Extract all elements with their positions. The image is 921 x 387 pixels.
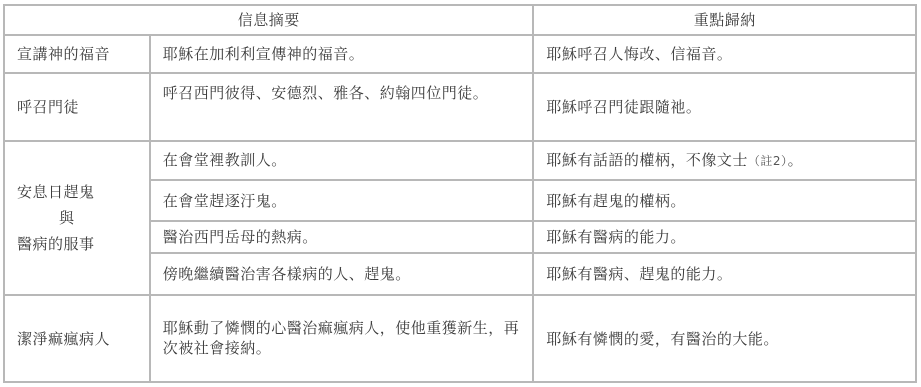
summary-cell: 耶穌在加利利宣傳神的福音。 [150,35,534,74]
table-row: 宣講神的福音 耶穌在加利利宣傳神的福音。 耶穌呼召人悔改、信福音。 [4,35,916,74]
summary-cell: 醫治西門岳母的熱病。 [150,221,534,253]
summary-table: 信息摘要 重點歸納 宣講神的福音 耶穌在加利利宣傳神的福音。 耶穌呼召人悔改、信… [3,4,917,383]
summary-cell: 傍晚繼續醫治害各樣病的人、趕鬼。 [150,253,534,296]
summary-cell: 呼召西門彼得、安德烈、雅各、約翰四位門徒。 [150,73,534,140]
topic-cell-multiline: 安息日趕鬼 與 醫病的服事 [4,141,150,296]
key-point-cell: 耶穌呼召人悔改、信福音。 [533,35,916,74]
table-row: 潔淨痲瘋病人 耶穌動了憐憫的心醫治痲瘋病人，使他重獲新生，再次被社會接納。 耶穌… [4,295,916,382]
topic-cell: 呼召門徒 [4,73,150,140]
footnote-ref: （註2） [748,154,788,168]
table-row: 安息日趕鬼 與 醫病的服事 在會堂裡教訓人。 耶穌有話語的權柄，不像文士（註2）… [4,141,916,181]
key-point-end: 。 [788,151,804,169]
key-point-cell: 耶穌有憐憫的愛，有醫治的大能。 [533,295,916,382]
topic-line: 醫病的服事 [17,231,149,257]
topic-cell: 宣講神的福音 [4,35,150,74]
key-point-cell: 耶穌有趕鬼的權柄。 [533,180,916,221]
key-point-text: 耶穌有話語的權柄，不像文士 [546,151,748,169]
key-point-cell: 耶穌有話語的權柄，不像文士（註2）。 [533,141,916,181]
header-summary: 信息摘要 [4,5,533,35]
summary-cell: 在會堂趕逐汙鬼。 [150,180,534,221]
table-row: 呼召門徒 呼召西門彼得、安德烈、雅各、約翰四位門徒。 耶穌呼召門徒跟隨祂。 [4,73,916,140]
header-row: 信息摘要 重點歸納 [4,5,916,35]
key-point-cell: 耶穌有醫病的能力。 [533,221,916,253]
key-point-cell: 耶穌呼召門徒跟隨祂。 [533,73,916,140]
summary-cell: 耶穌動了憐憫的心醫治痲瘋病人，使他重獲新生，再次被社會接納。 [150,295,534,382]
topic-line: 安息日趕鬼 [17,179,149,205]
key-point-cell: 耶穌有醫病、趕鬼的能力。 [533,253,916,296]
topic-line: 與 [17,205,149,231]
summary-cell: 在會堂裡教訓人。 [150,141,534,181]
topic-cell: 潔淨痲瘋病人 [4,295,150,382]
header-key-points: 重點歸納 [533,5,916,35]
